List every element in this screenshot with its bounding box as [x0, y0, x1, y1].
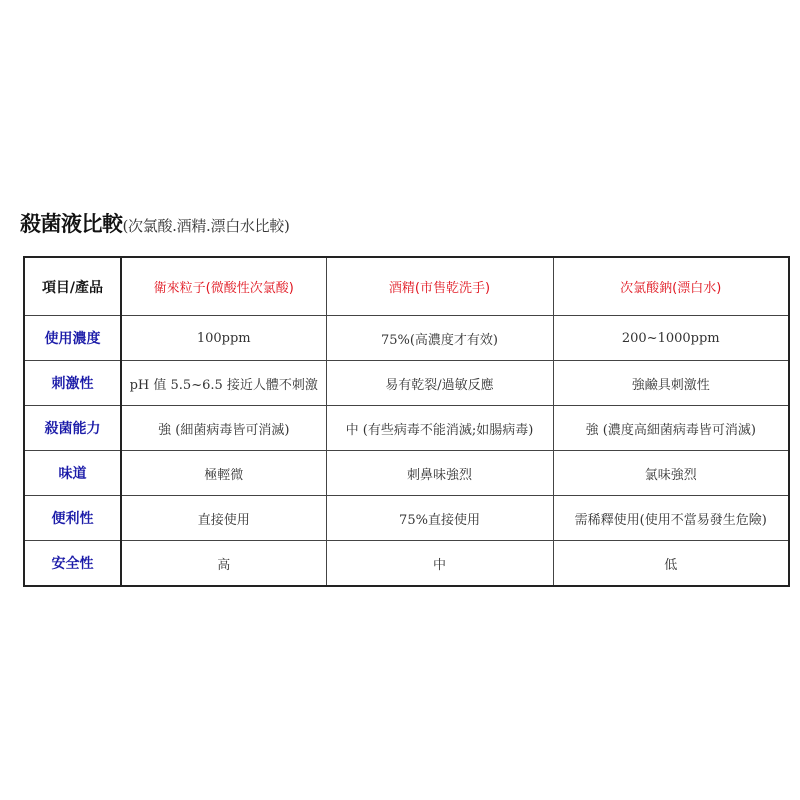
table-cell: 強鹼具刺激性	[553, 361, 789, 406]
table-cell: 200~1000ppm	[553, 316, 789, 361]
column-header-hypochlorous: 衛來粒子(微酸性次氯酸)	[121, 257, 326, 316]
row-header-concentration: 使用濃度	[24, 316, 121, 361]
row-header-sterilization: 殺菌能力	[24, 406, 121, 451]
table-row: 殺菌能力 強 (細菌病毒皆可消滅) 中 (有些病毒不能消滅;如腸病毒) 強 (濃…	[24, 406, 789, 451]
table-row: 安全性 高 中 低	[24, 541, 789, 587]
title-main: 殺菌液比較	[20, 212, 123, 236]
table-header-row: 項目/產品 衛來粒子(微酸性次氯酸) 酒精(市售乾洗手) 次氯酸鈉(漂白水)	[24, 257, 789, 316]
row-header-irritation: 刺激性	[24, 361, 121, 406]
table-cell: 強 (濃度高細菌病毒皆可消滅)	[553, 406, 789, 451]
table-cell: 75%(高濃度才有效)	[326, 316, 553, 361]
corner-header: 項目/產品	[24, 257, 121, 316]
table-cell: 易有乾裂/過敏反應	[326, 361, 553, 406]
table-cell: 氯味強烈	[553, 451, 789, 496]
table-cell: 需稀釋使用(使用不當易發生危險)	[553, 496, 789, 541]
title-subtitle: (次氯酸.酒精.漂白水比較)	[123, 217, 290, 235]
table-row: 刺激性 pH 值 5.5~6.5 接近人體不刺激 易有乾裂/過敏反應 強鹼具刺激…	[24, 361, 789, 406]
row-header-smell: 味道	[24, 451, 121, 496]
row-header-safety: 安全性	[24, 541, 121, 587]
table-cell: 直接使用	[121, 496, 326, 541]
table-cell: pH 值 5.5~6.5 接近人體不刺激	[121, 361, 326, 406]
table-cell: 刺鼻味強烈	[326, 451, 553, 496]
table-cell: 100ppm	[121, 316, 326, 361]
comparison-table: 項目/產品 衛來粒子(微酸性次氯酸) 酒精(市售乾洗手) 次氯酸鈉(漂白水) 使…	[23, 256, 790, 587]
table-row: 味道 極輕微 刺鼻味強烈 氯味強烈	[24, 451, 789, 496]
row-header-convenience: 便利性	[24, 496, 121, 541]
table-cell: 中 (有些病毒不能消滅;如腸病毒)	[326, 406, 553, 451]
table-cell: 極輕微	[121, 451, 326, 496]
table-cell: 中	[326, 541, 553, 587]
table-row: 使用濃度 100ppm 75%(高濃度才有效) 200~1000ppm	[24, 316, 789, 361]
table-row: 便利性 直接使用 75%直接使用 需稀釋使用(使用不當易發生危險)	[24, 496, 789, 541]
table-cell: 75%直接使用	[326, 496, 553, 541]
table-cell: 低	[553, 541, 789, 587]
column-header-alcohol: 酒精(市售乾洗手)	[326, 257, 553, 316]
table-cell: 高	[121, 541, 326, 587]
column-header-bleach: 次氯酸鈉(漂白水)	[553, 257, 789, 316]
table-cell: 強 (細菌病毒皆可消滅)	[121, 406, 326, 451]
page-title: 殺菌液比較(次氯酸.酒精.漂白水比較)	[20, 208, 290, 238]
